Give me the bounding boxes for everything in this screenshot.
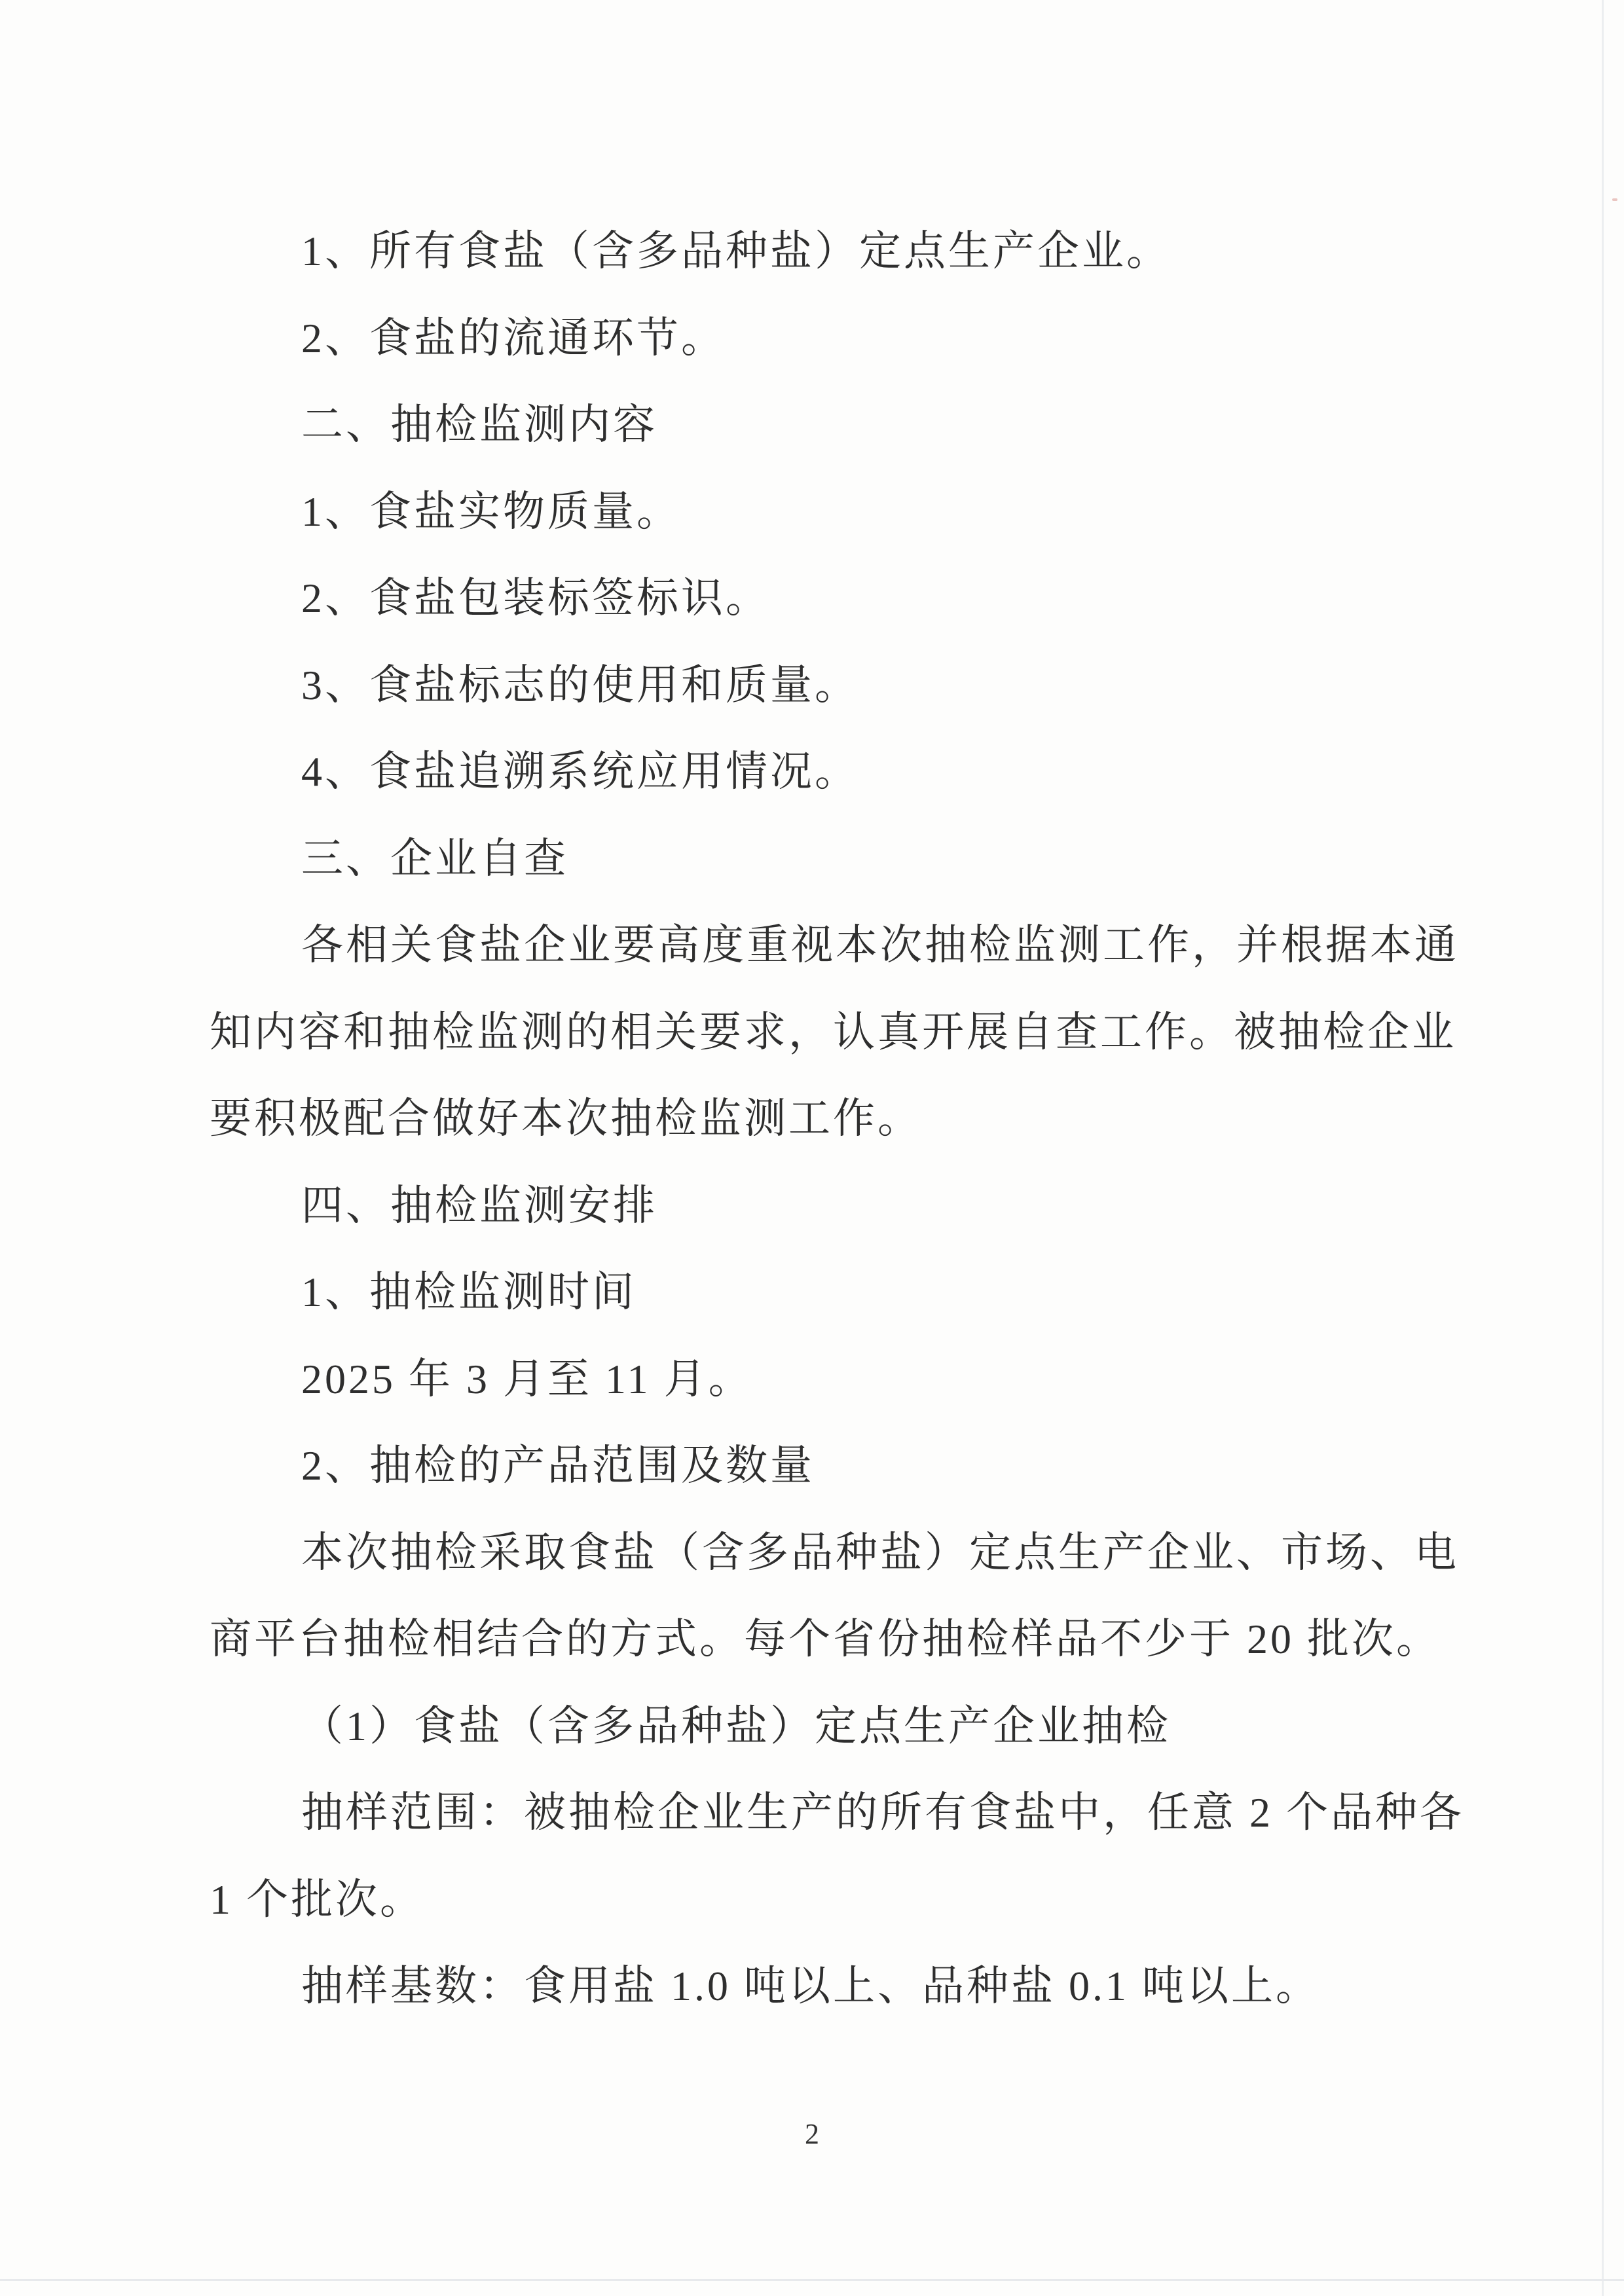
doc-line-18: （1）食盐（含多品种盐）定点生产企业抽检 [301,1703,1171,1750]
doc-line-19: 抽样范围：被抽检企业生产的所有食盐中，任意 2 个品种各 [301,1789,1464,1836]
doc-line-15: 2、抽检的产品范围及数量 [301,1442,815,1489]
doc-line-12-section-heading: 四、抽检监测安排 [301,1182,657,1230]
doc-line-16: 本次抽检采取食盐（含多品种盐）定点生产企业、市场、电 [301,1529,1459,1576]
doc-line-17: 商平台抽检相结合的方式。每个省份抽检样品不少于 20 批次。 [210,1616,1441,1663]
doc-line-06: 3、食盐标志的使用和质量。 [301,662,859,709]
doc-line-14: 2025 年 3 月至 11 月。 [301,1356,753,1403]
doc-line-11: 要积极配合做好本次抽检监测工作。 [210,1095,922,1142]
doc-line-08-section-heading: 三、企业自查 [301,835,568,883]
doc-line-03-section-heading: 二、抽检监测内容 [301,401,657,448]
doc-line-05: 2、食盐包装标签标识。 [301,575,770,622]
doc-line-04: 1、食盐实物质量。 [301,488,681,536]
doc-line-07: 4、食盐追溯系统应用情况。 [301,748,859,795]
doc-line-10: 知内容和抽检监测的相关要求，认真开展自查工作。被抽检企业 [210,1009,1456,1056]
page-number: 2 [779,2119,845,2150]
doc-line-01: 1、所有食盐（含多品种盐）定点生产企业。 [301,228,1171,275]
doc-line-13: 1、抽检监测时间 [301,1269,637,1316]
scan-artifact-vertical-line [1602,0,1604,2296]
doc-line-02: 2、食盐的流通环节。 [301,315,726,362]
scan-artifact-red-speck [1612,198,1617,201]
scan-artifact-bottom-edge [0,2279,1624,2281]
doc-line-09: 各相关食盐企业要高度重视本次抽检监测工作，并根据本通 [301,922,1459,969]
doc-line-20: 1 个批次。 [210,1876,424,1923]
doc-line-21: 抽样基数：食用盐 1.0 吨以上、品种盐 0.1 吨以上。 [301,1963,1320,2010]
document-page: 1、所有食盐（含多品种盐）定点生产企业。 2、食盐的流通环节。 二、抽检监测内容… [0,0,1624,2296]
